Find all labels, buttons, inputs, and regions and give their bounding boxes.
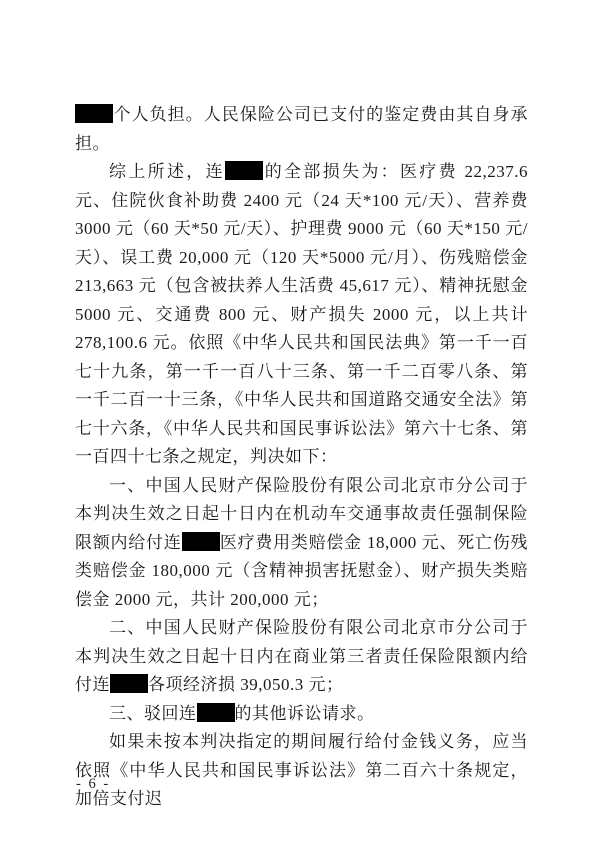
paragraph-text: 个人负担。人民保险公司已支付的鉴定费由其自身承担。 xyxy=(75,105,528,153)
paragraph: 个人负担。人民保险公司已支付的鉴定费由其自身承担。 xyxy=(75,101,528,158)
document-body: 个人负担。人民保险公司已支付的鉴定费由其自身承担。综上所述，连的全部损失为：医疗… xyxy=(75,101,528,814)
paragraph: 二、中国人民财产保险股份有限公司北京市分公司于本判决生效之日起十日内在商业第三者… xyxy=(75,614,528,700)
paragraph-text: 综上所述，连 xyxy=(109,162,225,181)
paragraph: 一、中国人民财产保险股份有限公司北京市分公司于本判决生效之日起十日内在机动车交通… xyxy=(75,472,528,615)
paragraph-text: 三、驳回连 xyxy=(109,704,197,723)
paragraph-text: 的全部损失为：医疗费 22,237.6 元、住院伙食补助费 2400 元（24 … xyxy=(75,162,528,466)
paragraph: 如果未按本判决指定的期间履行给付金钱义务，应当依照《中华人民共和国民事诉讼法》第… xyxy=(75,728,528,814)
paragraph-text: 如果未按本判决指定的期间履行给付金钱义务，应当依照《中华人民共和国民事诉讼法》第… xyxy=(75,732,528,808)
redacted-name-redaction-box xyxy=(75,104,113,123)
redacted-name-redaction-box xyxy=(182,532,220,551)
paragraph-text: 的其他诉讼请求。 xyxy=(235,704,375,723)
paragraph-text: 各项经济损 39,050.3 元； xyxy=(148,675,344,694)
paragraph: 三、驳回连的其他诉讼请求。 xyxy=(75,700,528,729)
redacted-name-redaction-box xyxy=(197,703,235,722)
judgment-page: 个人负担。人民保险公司已支付的鉴定费由其自身承担。综上所述，连的全部损失为：医疗… xyxy=(0,0,600,848)
paragraph: 综上所述，连的全部损失为：医疗费 22,237.6 元、住院伙食补助费 2400… xyxy=(75,158,528,472)
page-number: - 6 - xyxy=(76,776,110,793)
redacted-name-redaction-box xyxy=(110,674,148,693)
redacted-name-redaction-box xyxy=(225,161,263,180)
